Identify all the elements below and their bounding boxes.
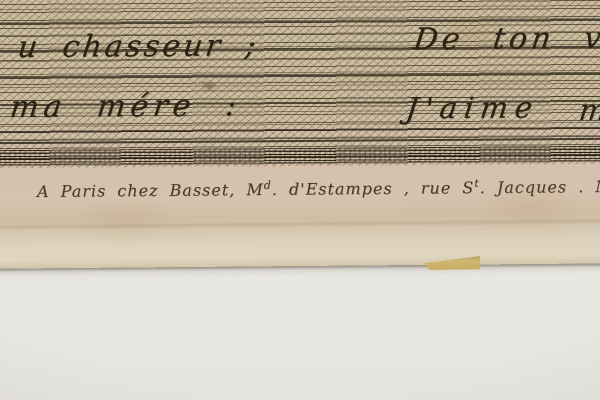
photo-vignette bbox=[0, 0, 600, 400]
photo-of-antique-engraving: p u chasseur ; De ton va ma mére : J'aim… bbox=[0, 0, 600, 400]
